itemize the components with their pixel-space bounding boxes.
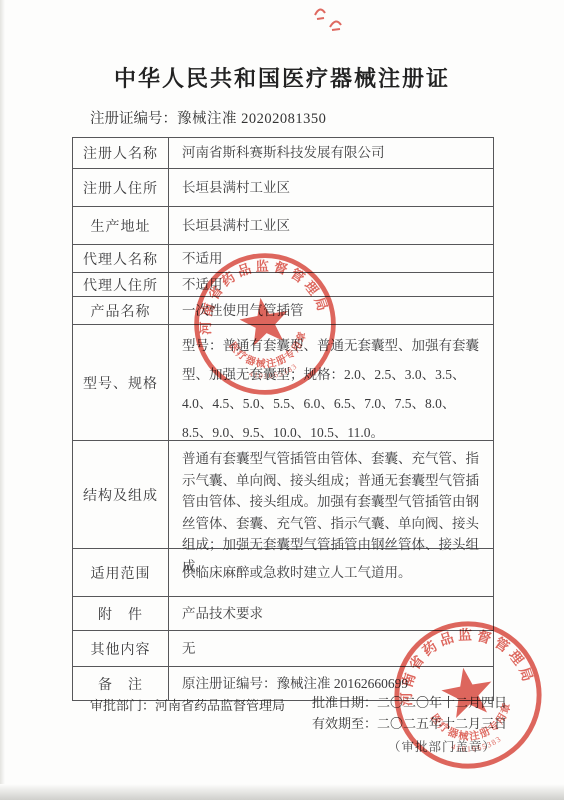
table-row: 代理人住所 不适用 [73,272,493,296]
row-value: 产品技术要求 [169,597,493,630]
table-row: 其他内容 无 [73,630,493,666]
row-label: 结构及组成 [73,441,169,548]
approval-date-value: 二〇二〇年十二月四日 [377,695,507,710]
table-row: 注册人名称 河南省斯科赛斯科技发展有限公司 [73,138,493,168]
row-value: 普通有套囊型气管插管由管体、套囊、充气管、指示气囊、单向阀、接头组成；普通无套囊… [169,441,493,548]
certificate-page: 中华人民共和国医疗器械注册证 注册证编号：豫械注准 20202081350 注册… [0,0,564,800]
approval-department-value: 河南省药品监督管理局 [155,698,285,713]
row-value: 型号：普通有套囊型、普通无套囊型、加强有套囊型、加强无套囊型；规格：2.0、2.… [169,325,493,440]
certificate-number-line: 注册证编号：豫械注准 20202081350 [90,107,326,128]
certificate-number-value: 豫械注准 20202081350 [177,111,326,127]
row-value: 无 [169,631,493,666]
row-value: 河南省斯科赛斯科技发展有限公司 [169,138,493,168]
table-row: 注册人住所 长垣县满村工业区 [73,168,493,206]
valid-until-label: 有效期至： [312,716,377,731]
row-value: 长垣县满村工业区 [169,169,493,206]
approval-department-label: 审批部门： [90,698,155,713]
certificate-number-label: 注册证编号： [90,111,177,127]
row-label: 型号、规格 [73,325,169,440]
valid-until-value: 二〇二五年十二月三日 [377,716,507,731]
approval-date-line: 批准日期：二〇二〇年十二月四日 [312,692,507,713]
row-label: 代理人名称 [73,245,169,272]
scan-edge-shading-left [0,0,5,800]
dates-block: 批准日期：二〇二〇年十二月四日 有效期至：二〇二五年十二月三日 [312,692,507,734]
seal-note: （审批部门盖章） [388,737,496,755]
row-label: 生产地址 [73,207,169,244]
row-value: 一次性使用气管插管 [169,297,493,324]
scan-edge-shading-bottom [0,784,564,800]
valid-until-line: 有效期至：二〇二五年十二月三日 [312,713,507,734]
approval-department-line: 审批部门：河南省药品监督管理局 [90,695,285,714]
row-value: 长垣县满村工业区 [169,207,493,244]
stamp-fragment-marks [312,3,346,33]
row-value: 不适用 [169,245,493,272]
row-label: 产品名称 [73,297,169,324]
row-label: 附 件 [73,597,169,630]
row-value: 不适用 [169,273,493,296]
row-label: 注册人住所 [73,169,169,206]
table-row: 适用范围 供临床麻醉或急救时建立人工气道用。 [73,548,493,596]
table-row: 附 件 产品技术要求 [73,596,493,630]
row-label: 适用范围 [73,549,169,596]
row-label: 代理人住所 [73,273,169,296]
table-row: 生产地址 长垣县满村工业区 [73,206,493,244]
table-row: 结构及组成 普通有套囊型气管插管由管体、套囊、充气管、指示气囊、单向阀、接头组成… [73,440,493,548]
approval-date-label: 批准日期： [312,695,377,710]
table-row: 代理人名称 不适用 [73,244,493,272]
row-label: 注册人名称 [73,138,169,168]
table-row: 型号、规格 型号：普通有套囊型、普通无套囊型、加强有套囊型、加强无套囊型；规格：… [73,324,493,440]
row-value: 供临床麻醉或急救时建立人工气道用。 [169,549,493,596]
certificate-table: 注册人名称 河南省斯科赛斯科技发展有限公司 注册人住所 长垣县满村工业区 生产地… [72,137,494,701]
certificate-title: 中华人民共和国医疗器械注册证 [0,62,564,93]
row-label: 其他内容 [73,631,169,666]
table-row: 产品名称 一次性使用气管插管 [73,296,493,324]
